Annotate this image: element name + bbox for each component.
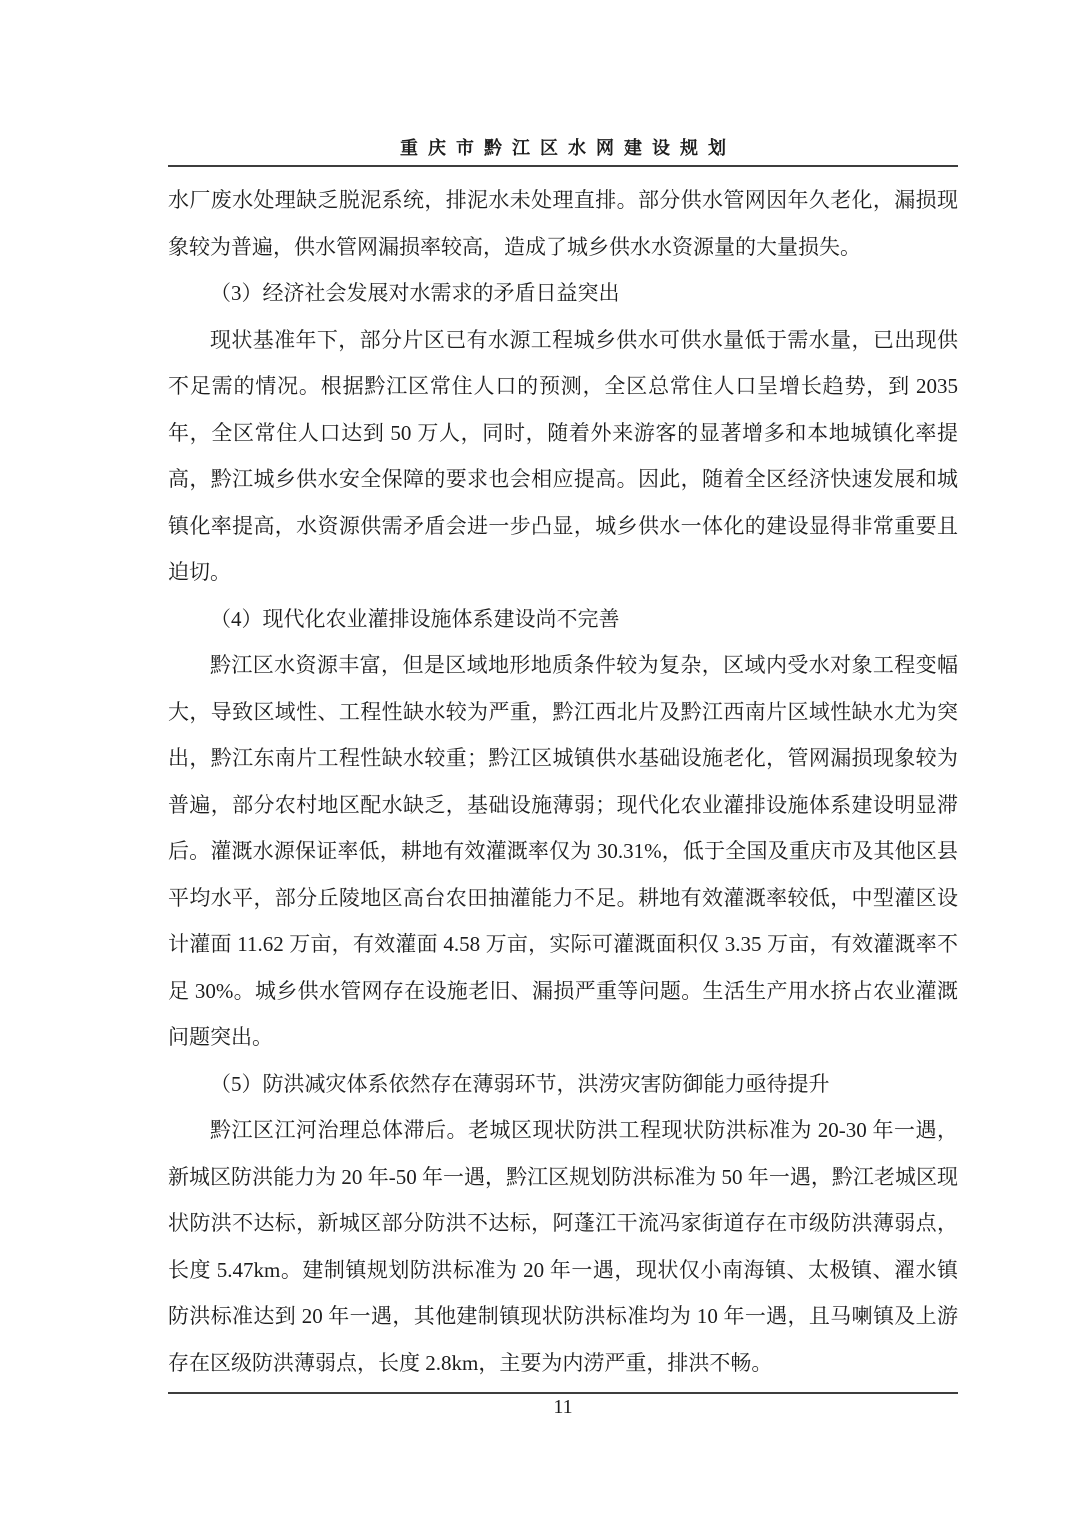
page-header: 重庆市黔江区水网建设规划 bbox=[168, 0, 958, 167]
page-number: 11 bbox=[553, 1396, 572, 1419]
body-paragraph: 黔江区水资源丰富，但是区域地形地质条件较为复杂，区域内受水对象工程变幅大，导致区… bbox=[168, 642, 958, 1061]
list-item-heading: （5）防洪减灾体系依然存在薄弱环节，洪涝灾害防御能力亟待提升 bbox=[168, 1061, 958, 1108]
list-item-heading: （3）经济社会发展对水需求的矛盾日益突出 bbox=[168, 270, 958, 317]
header-title: 重庆市黔江区水网建设规划 bbox=[400, 134, 736, 160]
body-paragraph: 现状基准年下，部分片区已有水源工程城乡供水可供水量低于需水量，已出现供不足需的情… bbox=[168, 317, 958, 596]
document-page: 重庆市黔江区水网建设规划 水厂废水处理缺乏脱泥系统，排泥水未处理直排。部分供水管… bbox=[0, 0, 1074, 1520]
body-paragraph: 水厂废水处理缺乏脱泥系统，排泥水未处理直排。部分供水管网因年久老化，漏损现象较为… bbox=[168, 177, 958, 270]
page-footer: 11 bbox=[168, 1392, 958, 1419]
list-item-heading: （4）现代化农业灌排设施体系建设尚不完善 bbox=[168, 596, 958, 643]
document-body: 水厂废水处理缺乏脱泥系统，排泥水未处理直排。部分供水管网因年久老化，漏损现象较为… bbox=[168, 167, 958, 1386]
body-paragraph: 黔江区江河治理总体滞后。老城区现状防洪工程现状防洪标准为 20-30 年一遇，新… bbox=[168, 1107, 958, 1386]
